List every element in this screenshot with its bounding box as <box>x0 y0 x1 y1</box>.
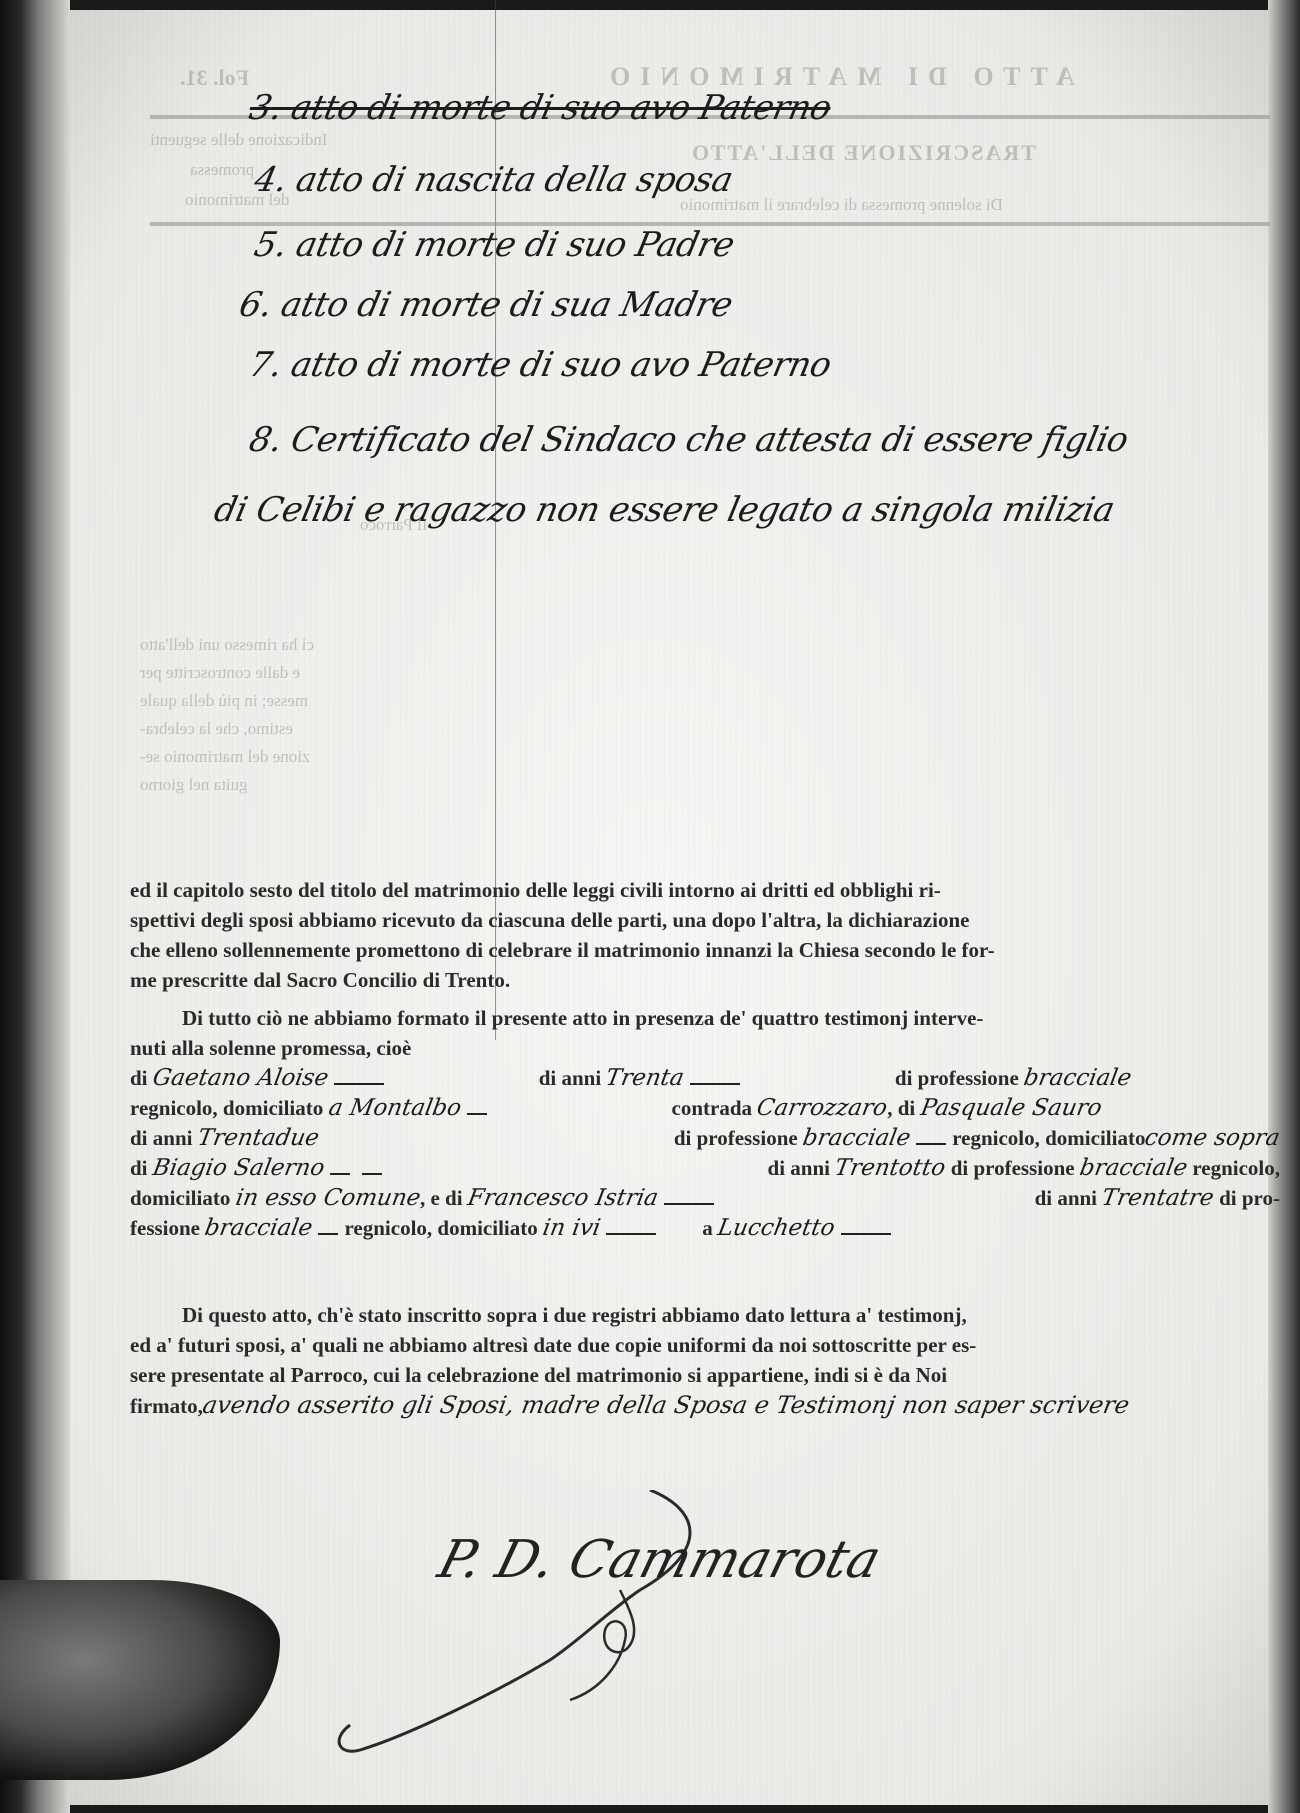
firmato-line: firmato, avendo asserito gli Sposi, madr… <box>130 1390 1280 1421</box>
witness-2-line: di anni Trentadue di professione braccia… <box>130 1123 1280 1153</box>
witness-4-domicile: in ivi <box>540 1213 602 1243</box>
printed-line: spettivi degli sposi abbiamo ricevuto da… <box>130 905 1280 935</box>
handwritten-item-4: 4. atto di nascita della sposa <box>251 160 736 200</box>
handwritten-item-5: 5. atto di morte di suo Padre <box>251 225 738 265</box>
witness-1-street: Carrozzaro <box>755 1093 890 1123</box>
witness-4-profession: bracciale <box>203 1213 316 1243</box>
signature: P. D. Cammarota <box>432 1530 887 1590</box>
witness-3-age: Trentotto <box>833 1153 948 1183</box>
bleed-margin-text-4: estimo, che la celebra- <box>140 719 293 739</box>
witness-1-line: di Gaetano Aloise di anni Trenta di prof… <box>130 1063 1280 1093</box>
bleed-folio: Fol. 31. <box>180 65 249 91</box>
bleed-subtitle: TRASCRIZIONE DELL'ATTO <box>690 140 1036 166</box>
witness-1-domicile: a Montalbo <box>326 1093 463 1123</box>
book-spine-edge <box>0 0 70 1813</box>
printed-line: ed il capitolo sesto del titolo del matr… <box>130 875 1280 905</box>
witness-2-domicile: come sopra <box>1143 1123 1283 1153</box>
handwritten-item-8: 8. Certificato del Sindaco che attesta d… <box>246 420 1132 460</box>
printed-line: me prescritte dal Sacro Concilio di Tren… <box>130 965 1280 995</box>
witness-2-name: Pasquale Sauro <box>918 1093 1104 1123</box>
printed-paragraph-2: Di tutto ciò ne abbiamo formato il prese… <box>130 1003 1280 1243</box>
firmato-handwritten-note: avendo asserito gli Sposi, madre della S… <box>200 1390 1131 1420</box>
handwritten-item-3: 3. atto di morte di suo avo Paterno <box>246 88 835 128</box>
bleed-margin-text-5: zione del matrimonio se- <box>140 747 309 767</box>
witness-4-age: Trentatre <box>1100 1183 1217 1213</box>
witness-2-profession: bracciale <box>800 1123 913 1153</box>
witness-3-4-line: domiciliato in esso Comune , e di France… <box>130 1183 1280 1213</box>
witness-3-profession: bracciale <box>1077 1153 1190 1183</box>
witness-4-name: Francesco Istria <box>465 1183 660 1213</box>
witness-3-domicile: in esso Comune <box>233 1183 423 1213</box>
witness-3-name: Biagio Salerno <box>150 1153 327 1183</box>
printed-line: nuti alla solenne promessa, cioè <box>130 1033 1280 1063</box>
witness-1-profession: bracciale <box>1021 1063 1134 1093</box>
bleed-promise-line: Di solenne promessa di celebrare il matr… <box>680 195 1003 215</box>
bleed-margin-text-3: messe; in più della quale <box>140 691 308 711</box>
witness-4-line: fessione bracciale regnicolo, domiciliat… <box>130 1213 1280 1243</box>
bleed-margin-text-2: e dalle controscritte per <box>140 663 300 683</box>
handwritten-item-6: 6. atto di morte di sua Madre <box>236 285 736 325</box>
bleed-margin-heading-2: promessa <box>190 160 254 180</box>
witness-1-age: Trenta <box>604 1063 687 1093</box>
handwritten-item-7: 7. atto di morte di suo avo Paterno <box>246 345 835 385</box>
witness-2-age: Trentadue <box>195 1123 321 1153</box>
printed-line: sere presentate al Parroco, cui la celeb… <box>130 1360 1280 1390</box>
printed-line: Di questo atto, ch'è stato inscritto sop… <box>130 1300 1280 1330</box>
bleed-margin-heading-1: Indicazione delle seguenti <box>150 130 327 150</box>
printed-paragraph-3: Di questo atto, ch'è stato inscritto sop… <box>130 1300 1280 1421</box>
witness-3-line: di Biagio Salerno di anni Trentotto di p… <box>130 1153 1280 1183</box>
witness-1-name: Gaetano Aloise <box>150 1063 331 1093</box>
printed-line: che elleno sollennemente promettono di c… <box>130 935 1280 965</box>
printed-line: Di tutto ciò ne abbiamo formato il prese… <box>130 1003 1280 1033</box>
handwritten-item-8-cont: di Celibi e ragazzo non essere legato a … <box>211 490 1118 530</box>
printed-paragraph-1: ed il capitolo sesto del titolo del matr… <box>130 875 1280 995</box>
bleed-margin-text-6: guita nel giorno <box>140 775 248 795</box>
witness-4-place: Lucchetto <box>715 1213 837 1243</box>
witness-1-2-line: regnicolo, domiciliato a Montalbo contra… <box>130 1093 1280 1123</box>
printed-line: ed a' futuri sposi, a' quali ne abbiamo … <box>130 1330 1280 1360</box>
bleed-margin-text-1: ci ha rimesso uni dell'atto <box>140 635 314 655</box>
